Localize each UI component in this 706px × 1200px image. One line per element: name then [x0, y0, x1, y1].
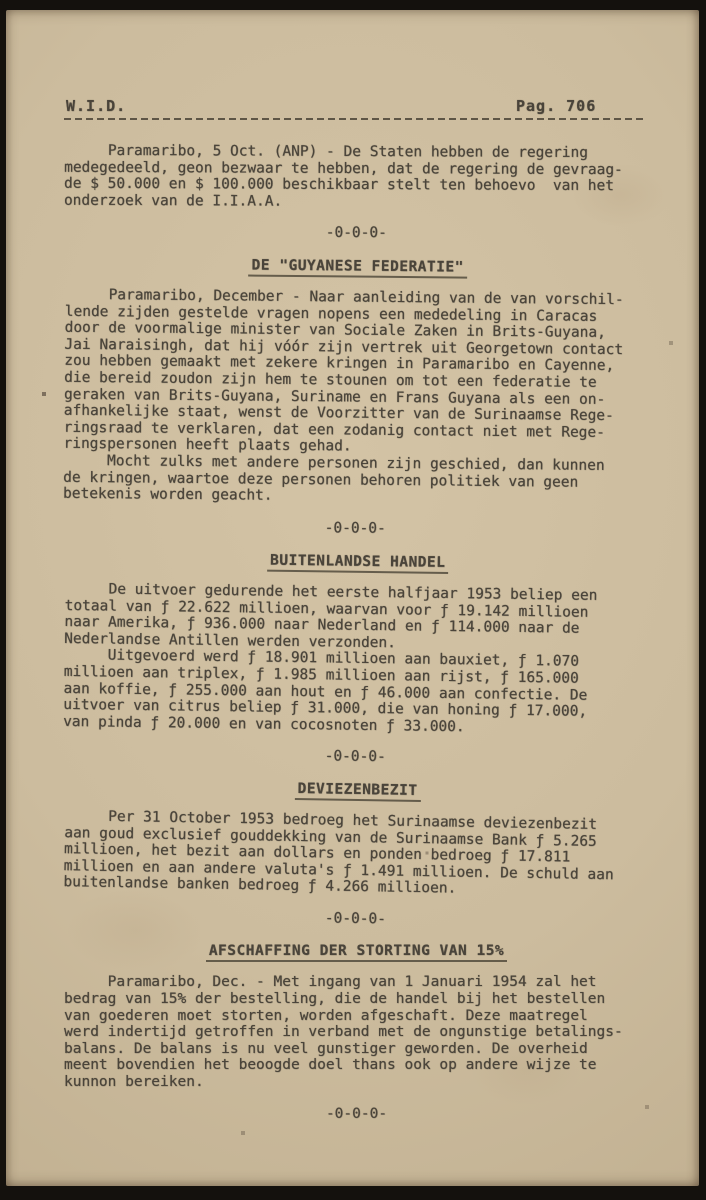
section-body: Paramaribo, December - Naar aanleiding v… — [63, 287, 650, 508]
section-divider: -0-0-0- — [64, 224, 649, 243]
section-title: BUITENLANDSE HANDEL — [267, 553, 449, 574]
section-divider: -0-0-0- — [63, 907, 648, 933]
section-body: Per 31 October 1953 bedroeg het Surinaam… — [63, 809, 649, 902]
section-title: DE "GUYANESE FEDERATIE" — [248, 258, 466, 279]
section-divider: -0-0-0- — [64, 1106, 649, 1122]
section-divider: -0-0-0- — [63, 745, 648, 769]
article-section-deviezenbezit: DEVIEZENBEZIT Per 31 October 1953 bedroe… — [63, 775, 650, 933]
article-section-buitenlandse-handel: BUITENLANDSE HANDEL De uitvoer gedurende… — [63, 547, 651, 769]
section-divider: -0-0-0- — [63, 518, 648, 540]
article-section-afschaffing-storting: AFSCHAFFING DER STORTING VAN 15% Paramar… — [64, 940, 649, 1121]
paper-specks — [6, 10, 8, 12]
scanned-document-page: { "colors": { "paper": "#ccbc9e", "ink":… — [0, 0, 706, 1200]
page-number: Pag. 706 — [516, 97, 596, 115]
journal-title: W.I.D. — [66, 97, 126, 115]
section-title: AFSCHAFFING DER STORTING VAN 15% — [206, 943, 507, 962]
section-body: Paramaribo, 5 Oct. (ANP) - De Staten heb… — [64, 143, 649, 212]
article-section-guyanese-federatie: DE "GUYANESE FEDERATIE" Paramaribo, Dece… — [63, 253, 651, 539]
section-body: De uitvoer gedurende het eerste halfjaar… — [63, 581, 650, 738]
header-underline — [64, 118, 645, 120]
document-paper: W.I.D. Pag. 706 Paramaribo, 5 Oct. (ANP)… — [6, 10, 699, 1186]
article-section-intro: Paramaribo, 5 Oct. (ANP) - De Staten heb… — [64, 143, 649, 243]
section-body: Paramaribo, Dec. - Met ingang van 1 Janu… — [64, 974, 649, 1090]
page-header: W.I.D. Pag. 706 — [64, 92, 649, 120]
section-title: DEVIEZENBEZIT — [294, 781, 420, 802]
